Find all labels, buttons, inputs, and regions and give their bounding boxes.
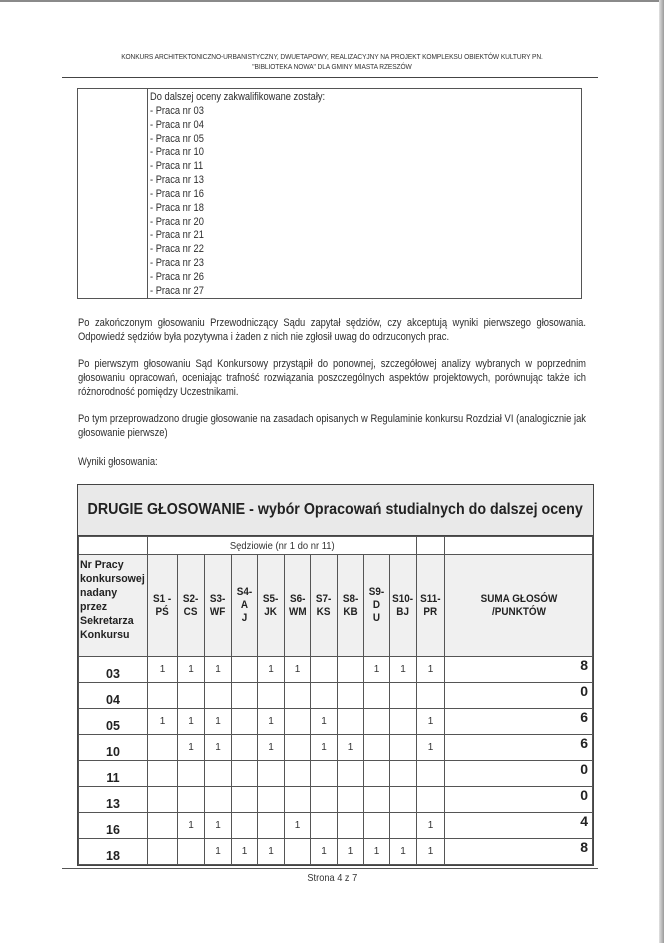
- judge-code: S5-: [263, 593, 278, 606]
- table-row: 051111116: [79, 709, 593, 735]
- work-number: 03: [79, 657, 148, 683]
- vote-cell-s7: [311, 787, 338, 813]
- judge-initials: WM: [289, 606, 307, 619]
- vote-cell-s9: [364, 787, 390, 813]
- table-row: 1611114: [79, 813, 593, 839]
- vote-cell-s4: 1: [232, 839, 258, 865]
- qualified-item: - Praca nr 20: [150, 216, 325, 230]
- vote-cell-s9: 1: [364, 839, 390, 865]
- work-number: 05: [79, 709, 148, 735]
- page-edge-right: [659, 0, 664, 943]
- empty-sum-cell: [445, 537, 593, 555]
- vote-cell-s1: 1: [148, 709, 178, 735]
- judge-header-s3: S3-WF: [205, 555, 232, 657]
- vote-cell-s7: [311, 657, 338, 683]
- sum-header: SUMA GŁOSÓW /PUNKTÓW: [445, 555, 593, 657]
- header-line-1: KONKURS ARCHITEKTONICZNO-URBANISTYCZNY, …: [82, 52, 582, 62]
- vote-sum: 6: [445, 709, 593, 735]
- vote-cell-s8: [338, 761, 364, 787]
- qualified-item: - Praca nr 05: [150, 133, 325, 147]
- table-row: 110: [79, 761, 593, 787]
- judge-header-s7: S7-KS: [311, 555, 338, 657]
- vote-cell-s11: 1: [417, 657, 445, 683]
- vote-cell-s9: 1: [364, 657, 390, 683]
- judge-header-s10: S10-BJ: [390, 555, 417, 657]
- vote-cell-s10: 1: [390, 839, 417, 865]
- judge-initials: BJ: [393, 606, 414, 619]
- judge-header-s8: S8-KB: [338, 555, 364, 657]
- qualified-intro: Do dalszej oceny zakwalifikowane zostały…: [150, 91, 325, 105]
- vote-cell-s3: 1: [205, 657, 232, 683]
- vote-sum: 6: [445, 735, 593, 761]
- qualified-item: - Praca nr 21: [150, 229, 325, 243]
- vote-cell-s8: [338, 683, 364, 709]
- qualified-works-box: Do dalszej oceny zakwalifikowane zostały…: [77, 88, 582, 299]
- vote-cell-s7: 1: [311, 839, 338, 865]
- vote-sum: 8: [445, 839, 593, 865]
- vote-cell-s11: 1: [417, 709, 445, 735]
- judge-initials: KS: [316, 606, 331, 619]
- vote-cell-s1: [148, 839, 178, 865]
- qualified-item: - Praca nr 13: [150, 174, 325, 188]
- vote-sum: 0: [445, 761, 593, 787]
- judge-code: S11-: [420, 593, 440, 606]
- vote-cell-s8: [338, 657, 364, 683]
- judge-header-s4: S4-AJ: [232, 555, 258, 657]
- paragraph-results-label: Wyniki głosowania:: [78, 455, 586, 469]
- qualified-item: - Praca nr 10: [150, 146, 325, 160]
- vote-cell-s1: 1: [148, 657, 178, 683]
- vote-cell-s3: 1: [205, 735, 232, 761]
- qualified-items: - Praca nr 03- Praca nr 04- Praca nr 05-…: [150, 105, 325, 299]
- vote-cell-s7: 1: [311, 709, 338, 735]
- vote-cell-s10: [390, 787, 417, 813]
- vote-cell-s8: [338, 787, 364, 813]
- vote-cell-s7: 1: [311, 735, 338, 761]
- work-number: 10: [79, 735, 148, 761]
- judge-header-s11: S11-PR: [417, 555, 445, 657]
- judge-code: S3-: [210, 593, 225, 606]
- vote-cell-s11: [417, 761, 445, 787]
- judges-group-row: Sędziowie (nr 1 do nr 11): [79, 537, 593, 555]
- judge-header-s5: S5-JK: [258, 555, 285, 657]
- vote-cell-s11: 1: [417, 839, 445, 865]
- qualified-item: - Praca nr 22: [150, 243, 325, 257]
- vote-cell-s6: [285, 709, 311, 735]
- judge-code: S9-D: [365, 586, 388, 612]
- vote-cell-s1: [148, 813, 178, 839]
- vote-cell-s6: [285, 839, 311, 865]
- vote-table-title: DRUGIE GŁOSOWANIE - wybór Opracowań stud…: [78, 485, 593, 536]
- vote-cell-s2: [178, 787, 205, 813]
- judge-initials: U: [365, 612, 388, 625]
- vote-cell-s1: [148, 787, 178, 813]
- table-row: 18111111118: [79, 839, 593, 865]
- judges-group-text: Sędziowie (nr 1 do nr 11): [230, 540, 335, 552]
- vote-cell-s6: [285, 735, 311, 761]
- vote-cell-s7: [311, 683, 338, 709]
- vote-cell-s5: 1: [258, 657, 285, 683]
- judge-initials: CS: [183, 606, 198, 619]
- vote-cell-s7: [311, 761, 338, 787]
- judge-code: S2-: [183, 593, 198, 606]
- paragraph-acceptance: Po zakończonym głosowaniu Przewodniczący…: [78, 316, 586, 344]
- table-row: 03111111118: [79, 657, 593, 683]
- vote-cell-s5: 1: [258, 839, 285, 865]
- header-rule: [62, 77, 598, 78]
- vote-cell-s10: 1: [390, 657, 417, 683]
- vote-cell-s9: [364, 683, 390, 709]
- header-line-2: "BIBLIOTEKA NOWA" DLA GMINY MIASTA RZESZ…: [82, 62, 582, 72]
- judges-group-label: Sędziowie (nr 1 do nr 11): [148, 537, 417, 555]
- paragraph-second-vote: Po tym przeprowadzono drugie głosowanie …: [78, 412, 586, 440]
- vote-cell-s4: [232, 735, 258, 761]
- vote-cell-s1: [148, 761, 178, 787]
- page-footer: Strona 4 z 7: [0, 872, 664, 884]
- judge-header-s9: S9-DU: [364, 555, 390, 657]
- judge-header-s1: S1 -PŚ: [148, 555, 178, 657]
- table-row: 130: [79, 787, 593, 813]
- vote-cell-s10: [390, 709, 417, 735]
- judge-code: S6-: [289, 593, 307, 606]
- vote-cell-s11: 1: [417, 735, 445, 761]
- table-row: 040: [79, 683, 593, 709]
- vote-cell-s4: [232, 683, 258, 709]
- vote-grid: Sędziowie (nr 1 do nr 11)Nr Pracy konkur…: [78, 536, 593, 865]
- vote-cell-s5: [258, 761, 285, 787]
- vote-cell-s6: [285, 683, 311, 709]
- vote-cell-s4: [232, 787, 258, 813]
- vote-cell-s3: 1: [205, 839, 232, 865]
- vote-cell-s3: 1: [205, 813, 232, 839]
- vote-cell-s9: [364, 735, 390, 761]
- paragraph-analysis: Po pierwszym głosowaniu Sąd Konkursowy p…: [78, 357, 586, 399]
- work-number: 13: [79, 787, 148, 813]
- vote-cell-s10: [390, 735, 417, 761]
- vote-cell-s11: [417, 683, 445, 709]
- vote-cell-s8: [338, 813, 364, 839]
- judge-code: S4-A: [233, 586, 256, 612]
- vote-cell-s5: 1: [258, 709, 285, 735]
- judge-code: S1 -: [153, 593, 171, 606]
- qualified-item: - Praca nr 03: [150, 105, 325, 119]
- vote-cell-s2: 1: [178, 813, 205, 839]
- page-edge-top: [0, 0, 664, 2]
- qualified-box-divider: [147, 89, 148, 298]
- page-number: Strona 4 z 7: [307, 872, 357, 884]
- vote-cell-s9: [364, 761, 390, 787]
- vote-cell-s9: [364, 813, 390, 839]
- vote-cell-s11: 1: [417, 813, 445, 839]
- vote-cell-s2: [178, 839, 205, 865]
- vote-sum: 0: [445, 787, 593, 813]
- vote-cell-s5: 1: [258, 735, 285, 761]
- qualified-item: - Praca nr 27: [150, 285, 325, 299]
- qualified-item: - Praca nr 16: [150, 188, 325, 202]
- judge-initials: PR: [420, 606, 440, 619]
- qualified-item: - Praca nr 26: [150, 271, 325, 285]
- vote-cell-s2: 1: [178, 709, 205, 735]
- vote-cell-s3: [205, 683, 232, 709]
- qualified-item: - Praca nr 04: [150, 119, 325, 133]
- qualified-item: - Praca nr 11: [150, 160, 325, 174]
- vote-cell-s2: 1: [178, 657, 205, 683]
- vote-sum: 4: [445, 813, 593, 839]
- qualified-item: - Praca nr 23: [150, 257, 325, 271]
- vote-cell-s4: [232, 813, 258, 839]
- judge-header-s6: S6-WM: [285, 555, 311, 657]
- vote-cell-s4: [232, 761, 258, 787]
- vote-sum: 8: [445, 657, 593, 683]
- footer-rule: [62, 868, 598, 869]
- work-number: 11: [79, 761, 148, 787]
- vote-cell-s10: [390, 761, 417, 787]
- vote-cell-s11: [417, 787, 445, 813]
- vote-cell-s8: 1: [338, 735, 364, 761]
- judge-initials: WF: [210, 606, 225, 619]
- vote-cell-s6: [285, 761, 311, 787]
- vote-cell-s6: 1: [285, 657, 311, 683]
- judge-code: S10-: [393, 593, 414, 606]
- empty-corner-cell: [79, 537, 148, 555]
- vote-cell-s5: [258, 813, 285, 839]
- vote-cell-s5: [258, 787, 285, 813]
- vote-cell-s8: 1: [338, 839, 364, 865]
- vote-cell-s3: [205, 787, 232, 813]
- work-number: 18: [79, 839, 148, 865]
- vote-cell-s10: [390, 813, 417, 839]
- judge-initials: J: [233, 612, 256, 625]
- column-header-row: Nr Pracy konkursowej nadany przez Sekret…: [79, 555, 593, 657]
- vote-cell-s1: [148, 683, 178, 709]
- work-number-header-text: Nr Pracy konkursowej nadany przez Sekret…: [80, 558, 147, 642]
- vote-cell-s2: [178, 683, 205, 709]
- vote-cell-s8: [338, 709, 364, 735]
- work-number: 04: [79, 683, 148, 709]
- judge-code: S7-: [316, 593, 331, 606]
- sum-header-text: SUMA GŁOSÓW /PUNKTÓW: [478, 593, 559, 619]
- judge-initials: KB: [343, 606, 358, 619]
- judge-code: S8-: [343, 593, 358, 606]
- vote-cell-s3: 1: [205, 709, 232, 735]
- document-header: KONKURS ARCHITEKTONICZNO-URBANISTYCZNY, …: [82, 52, 582, 72]
- second-vote-table: DRUGIE GŁOSOWANIE - wybór Opracowań stud…: [77, 484, 594, 866]
- qualified-item: - Praca nr 18: [150, 202, 325, 216]
- vote-cell-s6: [285, 787, 311, 813]
- vote-cell-s2: [178, 761, 205, 787]
- table-row: 101111116: [79, 735, 593, 761]
- vote-cell-s4: [232, 657, 258, 683]
- vote-cell-s5: [258, 683, 285, 709]
- vote-cell-s10: [390, 683, 417, 709]
- vote-cell-s6: 1: [285, 813, 311, 839]
- judge-initials: PŚ: [153, 606, 171, 619]
- vote-cell-s7: [311, 813, 338, 839]
- qualified-works-list: Do dalszej oceny zakwalifikowane zostały…: [150, 91, 325, 299]
- judge-header-s2: S2-CS: [178, 555, 205, 657]
- empty-judge-cell: [417, 537, 445, 555]
- vote-cell-s9: [364, 709, 390, 735]
- vote-cell-s4: [232, 709, 258, 735]
- vote-cell-s3: [205, 761, 232, 787]
- work-number-header: Nr Pracy konkursowej nadany przez Sekret…: [79, 555, 148, 657]
- vote-cell-s2: 1: [178, 735, 205, 761]
- work-number: 16: [79, 813, 148, 839]
- judge-initials: JK: [263, 606, 278, 619]
- vote-sum: 0: [445, 683, 593, 709]
- vote-cell-s1: [148, 735, 178, 761]
